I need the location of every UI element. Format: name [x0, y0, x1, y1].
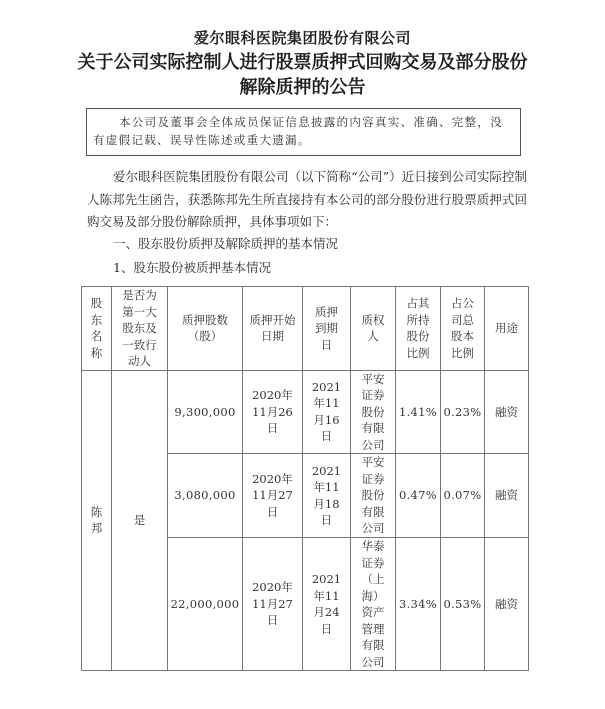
start-date-cell: 2020年11月26日	[243, 370, 303, 454]
pledged-shares-cell: 22,000,000	[168, 538, 243, 671]
pct-held-cell: 1.41%	[396, 370, 441, 454]
pledge-table: 股东名称 是否为第一大股东及一致行动人 质押股数（股） 质押开始日期 质押到期日…	[81, 286, 529, 671]
pledgee-cell: 华泰证券（上海）资产管理有限公司	[351, 538, 396, 671]
shareholder-name-cell: 陈邦	[82, 370, 112, 671]
header-start-date: 质押开始日期	[243, 287, 303, 371]
end-date-cell: 2021年11月18日	[303, 454, 351, 538]
intro-paragraph: 爱尔眼科医院集团股份有限公司（以下简称“公司”）近日接到公司实际控制人陈邦先生函…	[87, 166, 527, 234]
section-heading: 一、股东股份质押及解除质押的基本情况	[113, 234, 338, 252]
header-is-largest-shareholder: 是否为第一大股东及一致行动人	[112, 287, 168, 371]
subsection-heading: 1、股东股份被质押基本情况	[113, 258, 271, 276]
pledgee-cell: 平安证券股份有限公司	[351, 454, 396, 538]
pct-total-cell: 0.23%	[441, 370, 485, 454]
pledgee-cell: 平安证券股份有限公司	[351, 370, 396, 454]
disclaimer-box: 本公司及董事会全体成员保证信息披露的内容真实、准确、完整，没有虚假记载、误导性陈…	[86, 108, 521, 156]
table-row: 陈邦 是 9,300,000 2020年11月26日 2021年11月16日 平…	[82, 370, 529, 454]
purpose-cell: 融资	[485, 454, 529, 538]
table-header-row: 股东名称 是否为第一大股东及一致行动人 质押股数（股） 质押开始日期 质押到期日…	[82, 287, 529, 371]
pct-total-cell: 0.53%	[441, 538, 485, 671]
intro-text: 爱尔眼科医院集团股份有限公司（以下简称“公司”）近日接到公司实际控制人陈邦先生函…	[87, 169, 527, 229]
header-pct-of-holdings: 占其所持股份比例	[396, 287, 441, 371]
header-pct-of-total-shares: 占公司总股本比例	[441, 287, 485, 371]
pct-held-cell: 3.34%	[396, 538, 441, 671]
end-date-cell: 2021年11月24日	[303, 538, 351, 671]
header-pledged-shares: 质押股数（股）	[168, 287, 243, 371]
title-line-2: 解除质押的公告	[0, 75, 605, 100]
pct-total-cell: 0.07%	[441, 454, 485, 538]
disclaimer-text: 本公司及董事会全体成员保证信息披露的内容真实、准确、完整，没有虚假记载、误导性陈…	[93, 115, 503, 147]
pct-held-cell: 0.47%	[396, 454, 441, 538]
header-purpose: 用途	[485, 287, 529, 371]
end-date-cell: 2021年11月16日	[303, 370, 351, 454]
pledged-shares-cell: 9,300,000	[168, 370, 243, 454]
title-line-1: 关于公司实际控制人进行股票质押式回购交易及部分股份	[0, 50, 605, 75]
header-pledgee: 质权人	[351, 287, 396, 371]
purpose-cell: 融资	[485, 370, 529, 454]
header-end-date: 质押到期日	[303, 287, 351, 371]
header-shareholder-name: 股东名称	[82, 287, 112, 371]
announcement-title: 关于公司实际控制人进行股票质押式回购交易及部分股份 解除质押的公告	[0, 50, 605, 100]
start-date-cell: 2020年11月27日	[243, 454, 303, 538]
purpose-cell: 融资	[485, 538, 529, 671]
start-date-cell: 2020年11月27日	[243, 538, 303, 671]
pledged-shares-cell: 3,080,000	[168, 454, 243, 538]
is-largest-cell: 是	[112, 370, 168, 671]
company-name: 爱尔眼科医院集团股份有限公司	[0, 27, 605, 48]
